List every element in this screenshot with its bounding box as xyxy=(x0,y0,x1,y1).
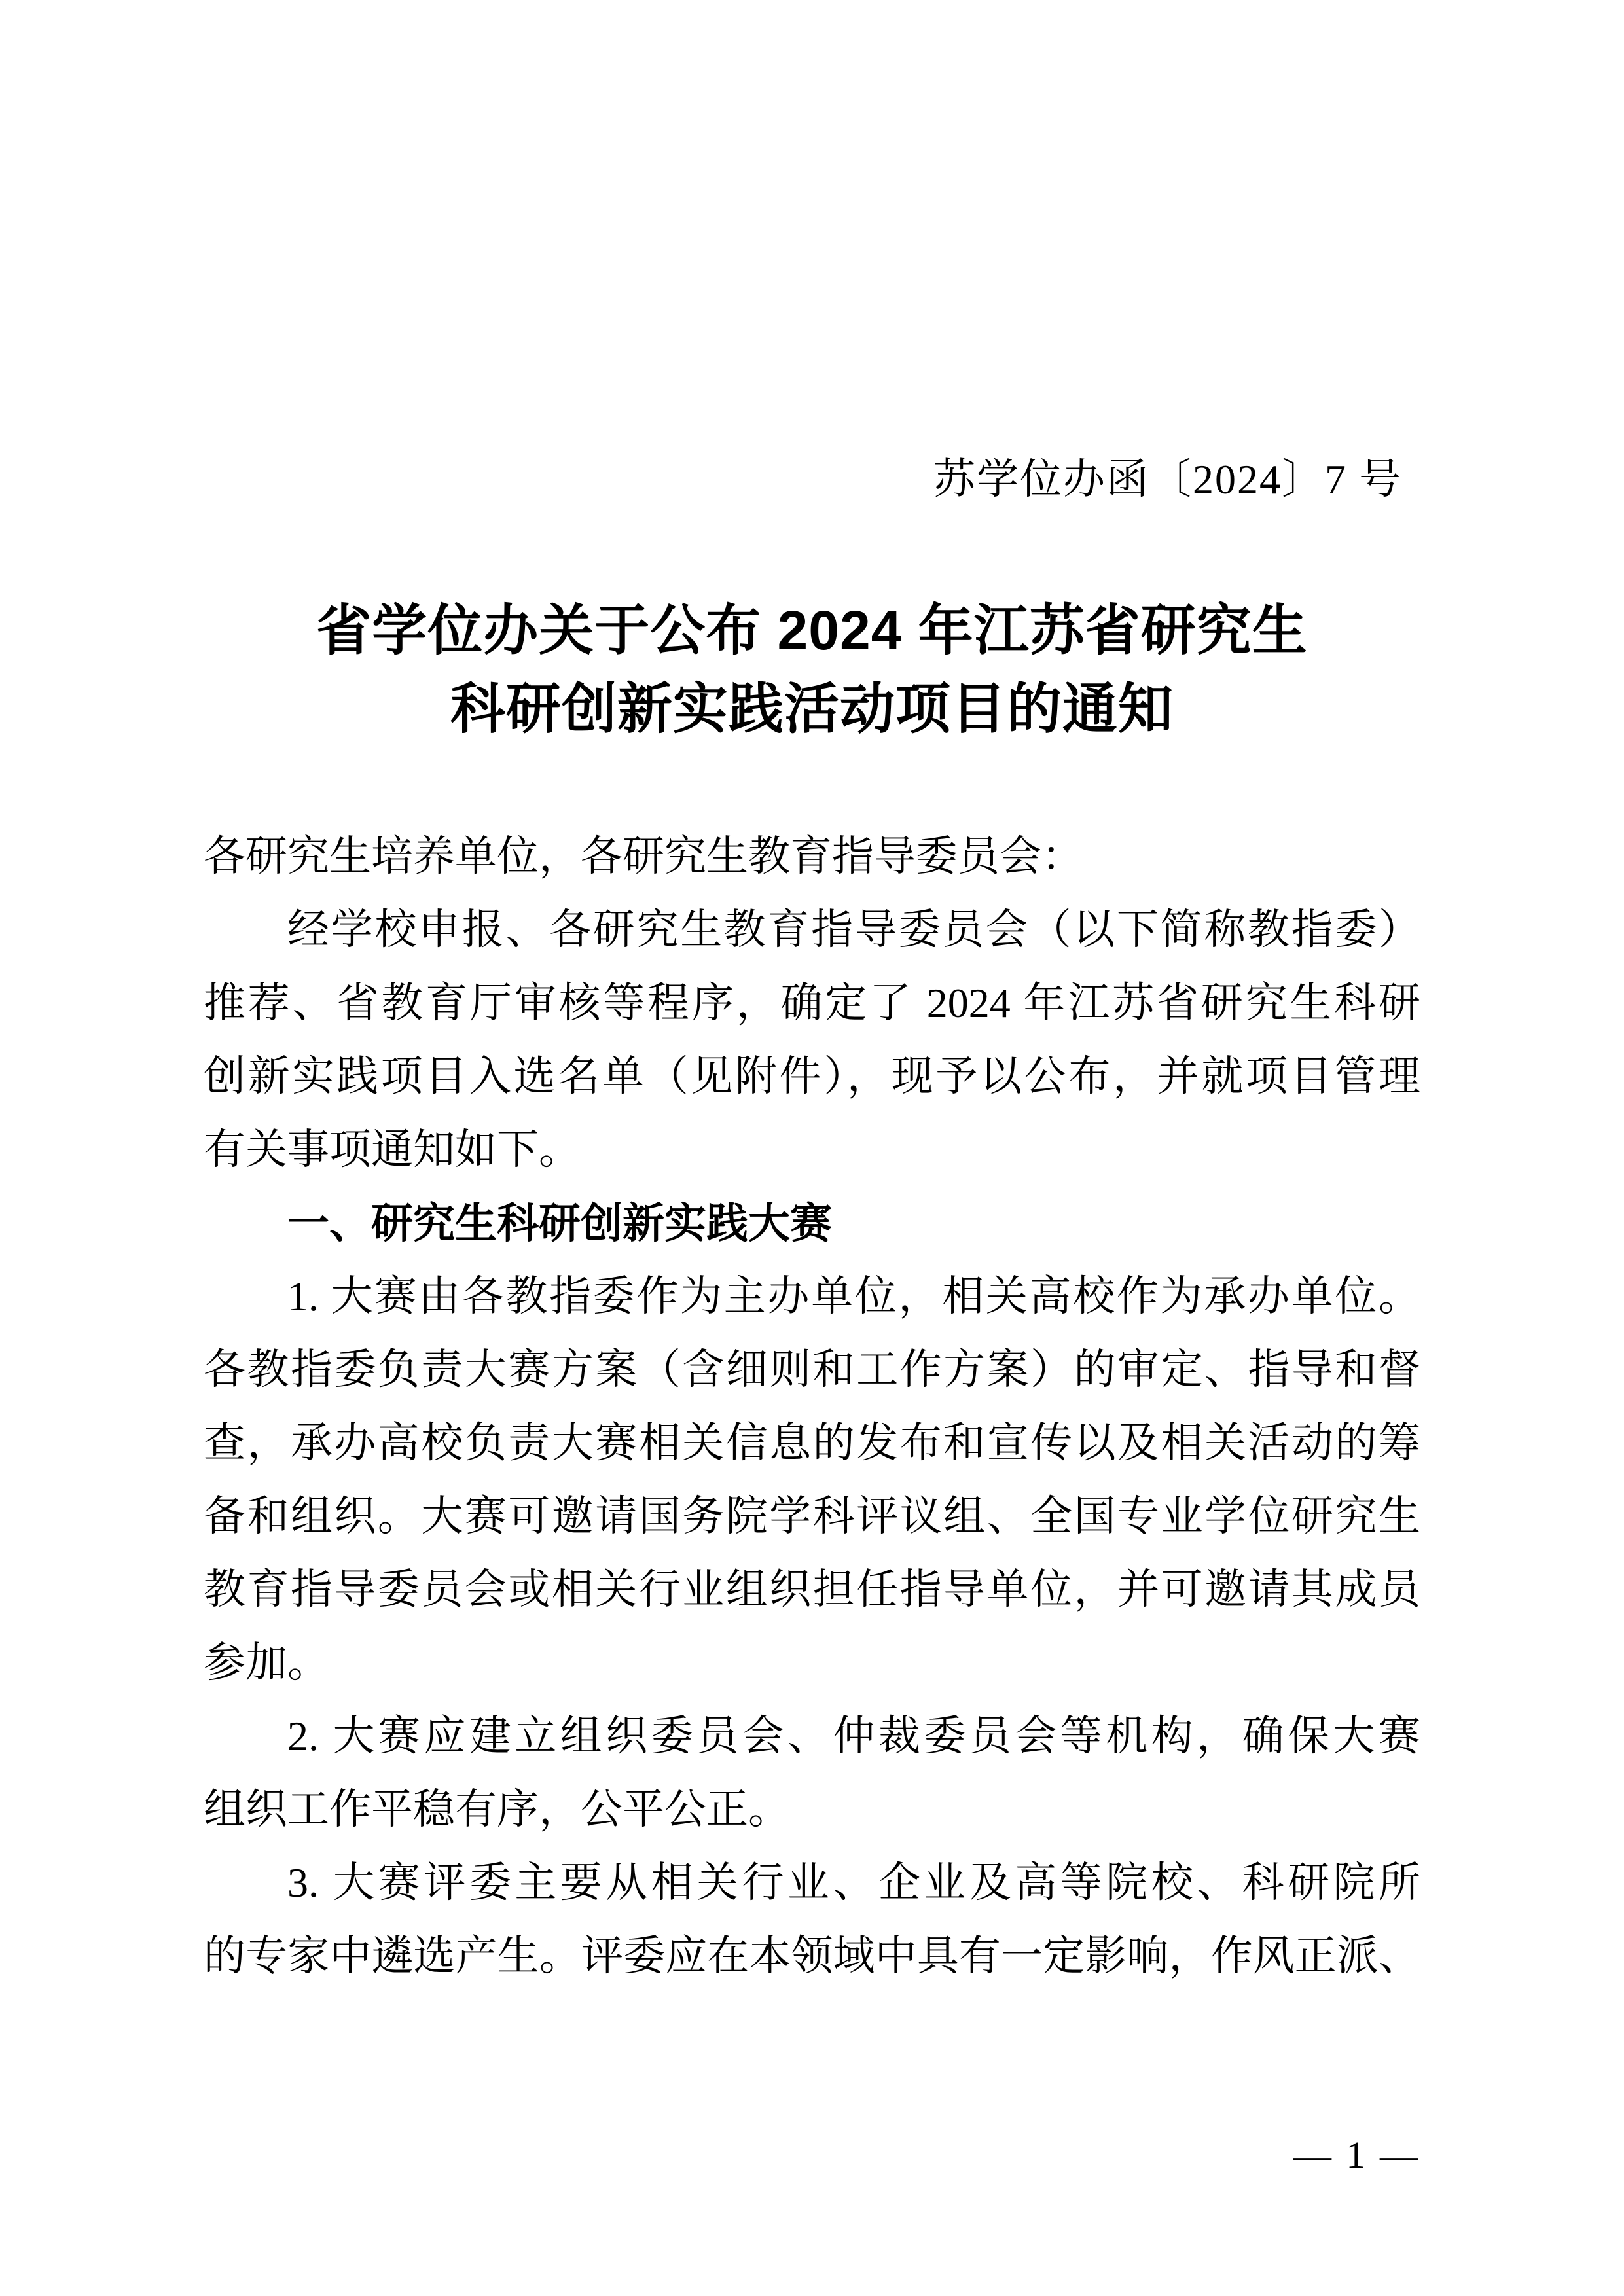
body-text-line: 组织工作平稳有序，公平公正。 xyxy=(204,1773,1420,1846)
body-text-line: 3. 大赛评委主要从相关行业、企业及高等院校、科研院所 xyxy=(204,1846,1420,1920)
body-text-line: 创新实践项目入选名单（见附件），现予以公布，并就项目管理 xyxy=(204,1040,1420,1113)
body-text-line: 推荐、省教育厅审核等程序，确定了 2024 年江苏省研究生科研 xyxy=(204,967,1420,1040)
document-number: 苏学位办函〔2024〕7 号 xyxy=(933,456,1420,503)
page-number: — 1 — xyxy=(204,2135,1420,2176)
document-page: 苏学位办函〔2024〕7 号 省学位办关于公布 2024 年江苏省研究生 科研创… xyxy=(0,0,1624,2296)
body-text-line: 教育指导委员会或相关行业组织担任指导单位，并可邀请其成员 xyxy=(204,1553,1420,1626)
body-text-line: 1. 大赛由各教指委作为主办单位，相关高校作为承办单位。 xyxy=(204,1260,1420,1333)
body-text-line: 查，承办高校负责大赛相关信息的发布和宣传以及相关活动的筹 xyxy=(204,1407,1420,1480)
document-body: 各研究生培养单位，各研究生教育指导委员会：经学校申报、各研究生教育指导委员会（以… xyxy=(204,820,1420,1993)
document-title-line-1: 省学位办关于公布 2024 年江苏省研究生 xyxy=(0,591,1624,670)
body-text-line: 各研究生培养单位，各研究生教育指导委员会： xyxy=(204,820,1420,893)
document-title-line-2: 科研创新实践活动项目的通知 xyxy=(0,670,1624,748)
body-text-line: 一、研究生科研创新实践大赛 xyxy=(204,1187,1420,1260)
document-number-line: 苏学位办函〔2024〕7 号 xyxy=(204,454,1420,506)
body-text-line: 经学校申报、各研究生教育指导委员会（以下简称教指委） xyxy=(204,893,1420,967)
body-text-line: 各教指委负责大赛方案（含细则和工作方案）的审定、指导和督 xyxy=(204,1333,1420,1407)
document-title: 省学位办关于公布 2024 年江苏省研究生 科研创新实践活动项目的通知 xyxy=(0,591,1624,748)
body-text-line: 有关事项通知如下。 xyxy=(204,1113,1420,1187)
body-text-line: 参加。 xyxy=(204,1626,1420,1700)
body-text-line: 的专家中遴选产生。评委应在本领域中具有一定影响，作风正派、 xyxy=(204,1920,1420,1993)
body-text-line: 2. 大赛应建立组织委员会、仲裁委员会等机构，确保大赛 xyxy=(204,1700,1420,1773)
body-text-line: 备和组织。大赛可邀请国务院学科评议组、全国专业学位研究生 xyxy=(204,1480,1420,1553)
